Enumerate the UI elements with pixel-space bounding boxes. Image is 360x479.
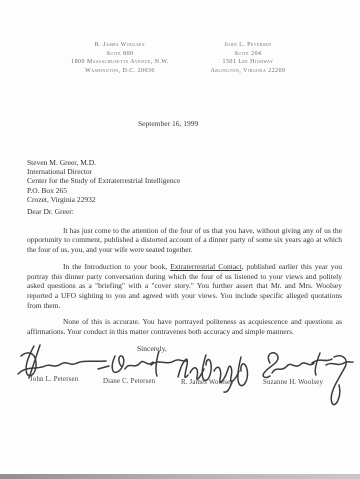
typed-name-james-woolsey: R. James Woolsey — [181, 379, 234, 386]
recipient-title: International Director — [27, 167, 180, 176]
signature-james-woolsey-icon — [170, 347, 258, 395]
book-title: Extraterrestrial Contact — [170, 262, 241, 271]
paragraph-2-text: In the Introduction to your book, — [63, 262, 170, 271]
recipient-city: Crozet, Virginia 22932 — [27, 195, 180, 204]
typed-name-suzanne-woolsey: Suzanne H. Woolsey — [263, 379, 323, 386]
letter-page: R. James Woolsey Suite 800 1800 Massachu… — [0, 0, 360, 479]
recipient-organization: Center for the Study of Extraterrestrial… — [27, 176, 180, 185]
letterhead-petersen-street: 1501 Lee Highway — [188, 58, 308, 67]
letterhead-petersen-name: John L. Petersen — [188, 41, 308, 50]
letterhead-woolsey-name: R. James Woolsey — [50, 41, 190, 50]
letterhead-woolsey-street: 1800 Massachusetts Avenue, N.W. — [50, 58, 190, 67]
letterhead-woolsey: R. James Woolsey Suite 800 1800 Massachu… — [50, 41, 190, 76]
signature-james-woolsey — [170, 347, 258, 395]
letterhead-woolsey-suite: Suite 800 — [50, 50, 190, 59]
recipient-address: Steven M. Greer, M.D. International Dire… — [27, 158, 180, 204]
salutation: Dear Dr. Greer: — [27, 207, 342, 217]
paragraph-1: It has just come to the attention of the… — [27, 226, 342, 255]
typed-name-john-petersen: John L. Petersen — [30, 376, 78, 383]
recipient-pobox: P.O. Box 265 — [27, 186, 180, 195]
typed-name-diane-petersen: Diane C. Petersen — [103, 378, 155, 385]
letter-body: Dear Dr. Greer: It has just come to the … — [27, 207, 342, 344]
scan-edge-artifact — [0, 474, 360, 479]
letterhead-woolsey-city: Washington, D.C. 20036 — [50, 67, 190, 76]
letterhead-petersen-suite: Suite 204 — [188, 50, 308, 59]
paragraph-2: In the Introduction to your book, Extrat… — [27, 262, 342, 311]
letter-date: September 16, 1999 — [138, 119, 198, 128]
letterhead-petersen-city: Arlington, Virginia 22209 — [188, 67, 308, 76]
recipient-name: Steven M. Greer, M.D. — [27, 158, 180, 167]
paragraph-3: None of this is accurate. You have portr… — [27, 317, 342, 336]
letterhead-petersen: John L. Petersen Suite 204 1501 Lee High… — [188, 41, 308, 76]
